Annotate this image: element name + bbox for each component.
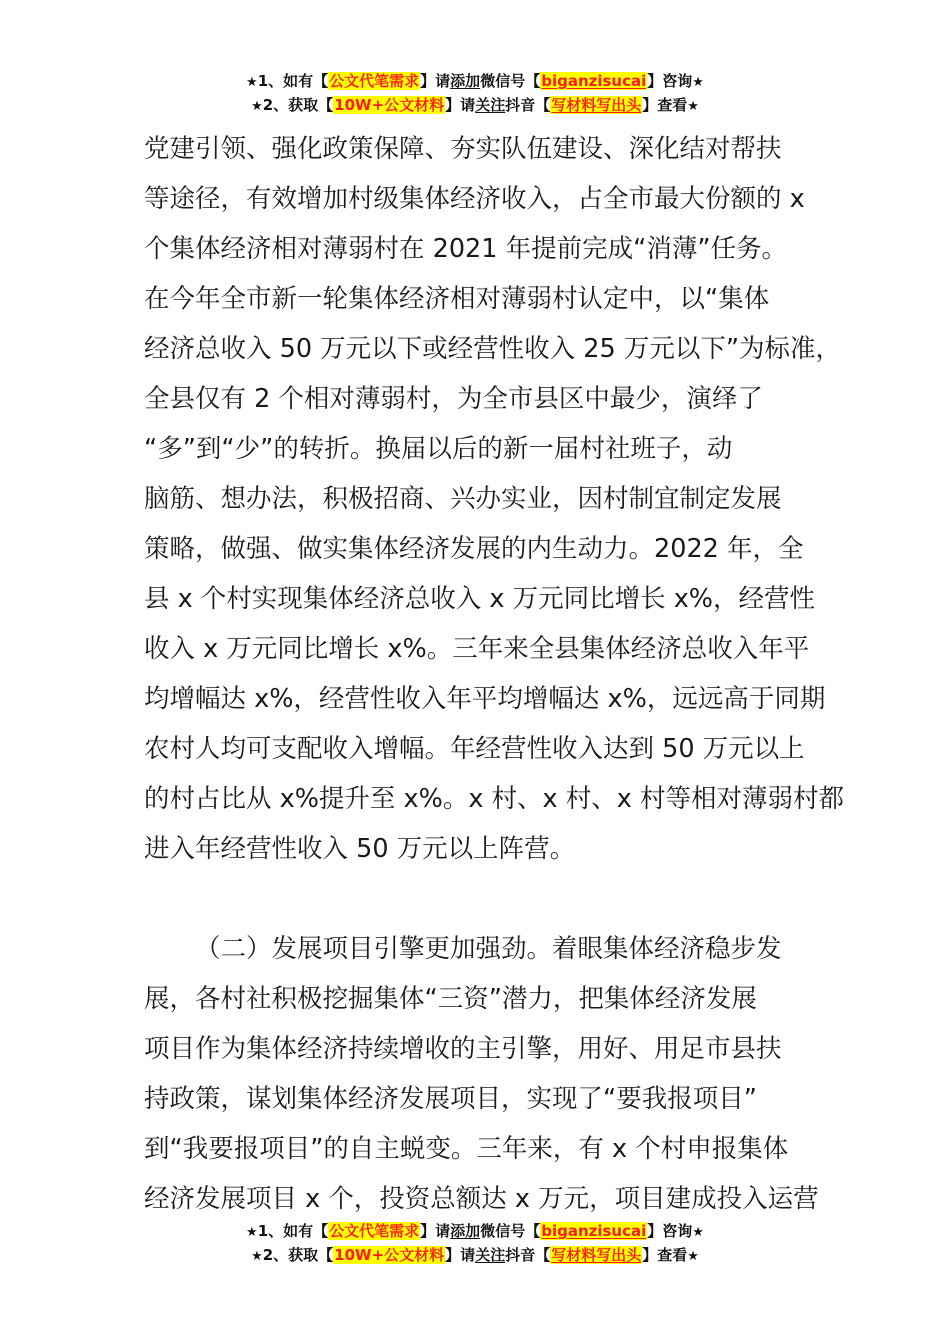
star-icon: ★	[692, 1225, 704, 1240]
text-line: 农村人均可支配收入增幅。年经营性收入达到 50 万元以上	[144, 724, 844, 774]
promo-douyin-account-link[interactable]: 写材料写出头	[550, 96, 642, 114]
promo-text: 】请	[445, 96, 475, 114]
section-heading-line: （二）发展项目引擎更加强劲。着眼集体经济稳步发	[144, 924, 844, 974]
text-line: 到“我要报项目”的自主蜕变。三年来，有 x 个村申报集体	[144, 1124, 844, 1174]
promo-douyin-account-link[interactable]: 写材料写出头	[550, 1246, 642, 1264]
promo-text: 抖音【	[505, 96, 550, 114]
text-line: 策略，做强、做实集体经济发展的内生动力。2022 年，全	[144, 524, 844, 574]
text-line: 个集体经济相对薄弱村在 2021 年提前完成“消薄”任务。	[144, 224, 844, 274]
promo-highlight-service: 公文代笔需求	[328, 72, 420, 90]
promo-text: 】查看	[642, 96, 687, 114]
text-line: 脑筋、想办法，积极招商、兴办实业，因村制宜制定发展	[144, 474, 844, 524]
promo-text: 】请	[445, 1246, 475, 1264]
promo-highlight-materials: 10W+公文材料	[333, 96, 445, 114]
footer-promo-line-1: ★1、如有【公文代笔需求】请添加微信号【biganzisucai】咨询★	[0, 1220, 950, 1244]
star-icon: ★	[251, 1249, 263, 1264]
promo-highlight-materials: 10W+公文材料	[333, 1246, 445, 1264]
promo-text: 微信号【	[480, 1222, 540, 1240]
star-icon: ★	[687, 1249, 699, 1264]
text-line: 展，各村社积极挖掘集体“三资”潜力，把集体经济发展	[144, 974, 844, 1024]
star-icon: ★	[246, 75, 258, 90]
promo-wechat-id-link[interactable]: biganzisucai	[540, 1222, 647, 1240]
promo-text: 微信号【	[480, 72, 540, 90]
promo-underlined-add: 添加	[450, 72, 480, 90]
promo-text: 】查看	[642, 1246, 687, 1264]
star-icon: ★	[251, 99, 263, 114]
text-line: 经济总收入 50 万元以下或经营性收入 25 万元以下”为标准，	[144, 324, 844, 374]
header-promo-line-1: ★1、如有【公文代笔需求】请添加微信号【biganzisucai】咨询★	[0, 70, 950, 94]
promo-highlight-service: 公文代笔需求	[328, 1222, 420, 1240]
promo-text: 】请	[420, 72, 450, 90]
promo-underlined-follow: 关注	[475, 1246, 505, 1264]
header-promo-banner: ★1、如有【公文代笔需求】请添加微信号【biganzisucai】咨询★ ★2、…	[0, 70, 950, 118]
text-line: 等途径，有效增加村级集体经济收入，占全市最大份额的 x	[144, 174, 844, 224]
text-line: “多”到“少”的转折。换届以后的新一届村社班子，动	[144, 424, 844, 474]
text-line: 收入 x 万元同比增长 x%。三年来全县集体经济总收入年平	[144, 624, 844, 674]
text-line: 全县仅有 2 个相对薄弱村，为全市县区中最少，演绎了	[144, 374, 844, 424]
promo-text: 2、获取【	[263, 96, 333, 114]
paragraph-spacer	[144, 874, 844, 924]
footer-promo-banner: ★1、如有【公文代笔需求】请添加微信号【biganzisucai】咨询★ ★2、…	[0, 1220, 950, 1268]
text-line: 项目作为集体经济持续增收的主引擎，用好、用足市县扶	[144, 1024, 844, 1074]
promo-underlined-follow: 关注	[475, 96, 505, 114]
document-page: ★1、如有【公文代笔需求】请添加微信号【biganzisucai】咨询★ ★2、…	[0, 0, 950, 1344]
text-line: 在今年全市新一轮集体经济相对薄弱村认定中，以“集体	[144, 274, 844, 324]
promo-text: 1、如有【	[258, 1222, 328, 1240]
promo-text: 抖音【	[505, 1246, 550, 1264]
promo-text: 】咨询	[647, 72, 692, 90]
text-line: 经济发展项目 x 个，投资总额达 x 万元，项目建成投入运营	[144, 1174, 844, 1224]
star-icon: ★	[246, 1225, 258, 1240]
promo-text: 】咨询	[647, 1222, 692, 1240]
promo-text: 2、获取【	[263, 1246, 333, 1264]
text-line: 党建引领、强化政策保障、夯实队伍建设、深化结对帮扶	[144, 124, 844, 174]
text-line: 持政策，谋划集体经济发展项目，实现了“要我报项目”	[144, 1074, 844, 1124]
promo-underlined-add: 添加	[450, 1222, 480, 1240]
document-body: 党建引领、强化政策保障、夯实队伍建设、深化结对帮扶 等途径，有效增加村级集体经济…	[144, 124, 844, 1224]
promo-text: 】请	[420, 1222, 450, 1240]
text-line: 县 x 个村实现集体经济总收入 x 万元同比增长 x%，经营性	[144, 574, 844, 624]
text-line: 进入年经营性收入 50 万元以上阵营。	[144, 824, 844, 874]
promo-wechat-id-link[interactable]: biganzisucai	[540, 72, 647, 90]
paragraph-1: 党建引领、强化政策保障、夯实队伍建设、深化结对帮扶 等途径，有效增加村级集体经济…	[144, 124, 844, 874]
text-line: 的村占比从 x%提升至 x%。x 村、x 村、x 村等相对薄弱村都	[144, 774, 844, 824]
text-line: 均增幅达 x%，经营性收入年平均增幅达 x%，远远高于同期	[144, 674, 844, 724]
promo-text: 1、如有【	[258, 72, 328, 90]
star-icon: ★	[692, 75, 704, 90]
header-promo-line-2: ★2、获取【10W+公文材料】请关注抖音【写材料写出头】查看★	[0, 94, 950, 118]
paragraph-2: （二）发展项目引擎更加强劲。着眼集体经济稳步发 展，各村社积极挖掘集体“三资”潜…	[144, 924, 844, 1224]
star-icon: ★	[687, 99, 699, 114]
footer-promo-line-2: ★2、获取【10W+公文材料】请关注抖音【写材料写出头】查看★	[0, 1244, 950, 1268]
